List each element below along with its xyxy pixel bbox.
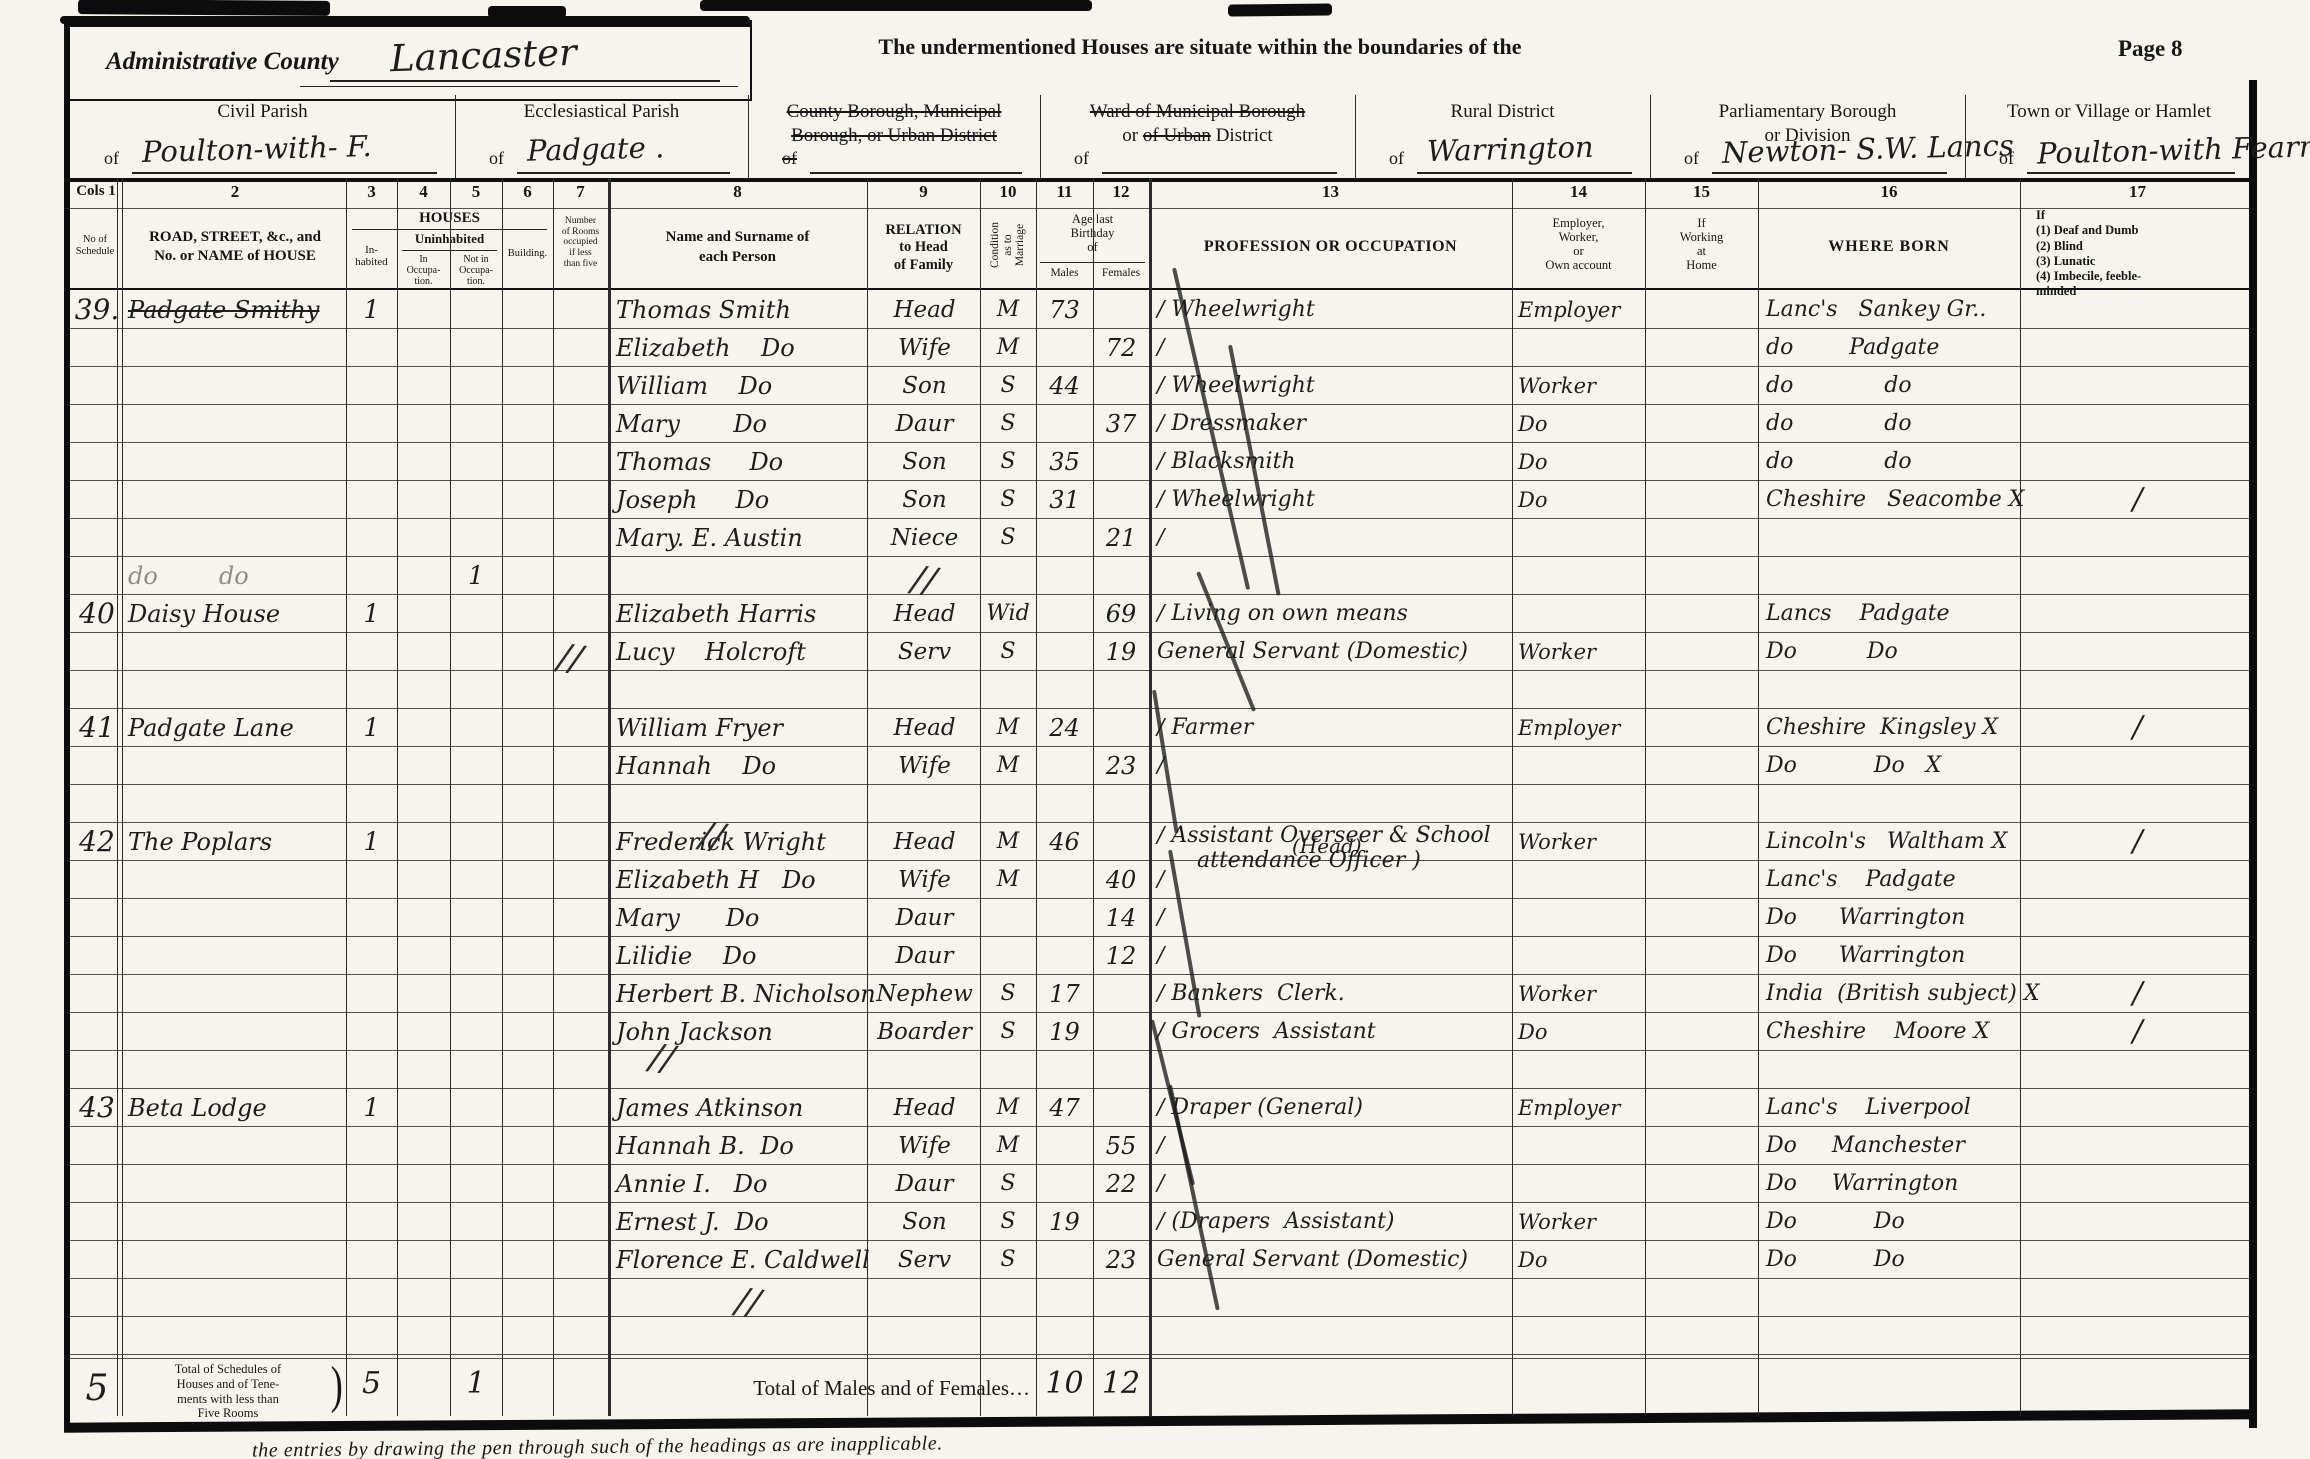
name-cell: William Do (616, 369, 867, 403)
cond-cell: S (980, 1243, 1036, 1277)
colhead-rooms: Number of Rooms occupied if less than fi… (553, 216, 608, 269)
rel-cell: Head (869, 597, 980, 631)
page-number: Page 8 (2118, 36, 2183, 62)
agef-cell: 22 (1093, 1167, 1149, 1201)
district-title-segment: Parliamentary Borough (1719, 101, 1897, 122)
colhead-num-8: 8 (608, 182, 867, 202)
cond-cell: M (980, 1129, 1036, 1163)
emp-cell: Employer (1518, 293, 1645, 327)
column-rule (122, 178, 123, 1416)
sched-cell: 43 (72, 1091, 122, 1125)
admin-county-underline2 (300, 86, 738, 87)
district-title: Rural District (1355, 100, 1650, 124)
cond-cell: M (980, 1091, 1036, 1125)
colhead-relation: RELATION to Head of Family (867, 222, 980, 274)
district-value: Warrington (1427, 130, 1594, 168)
colhead-num-11: 11 (1036, 182, 1093, 202)
occ-cell: ∕ (1157, 331, 1512, 365)
cond-cell: S (980, 369, 1036, 403)
colhead-num-13: 13 (1149, 182, 1512, 202)
emp-cell: Employer (1518, 711, 1645, 745)
born-cell: do do (1766, 445, 2066, 479)
born-cell: do do (1766, 369, 2066, 403)
agem-cell: 24 (1036, 711, 1093, 745)
agef-cell: 12 (1093, 939, 1149, 973)
totals-brace: ) (331, 1356, 343, 1415)
agef-cell: 21 (1093, 521, 1149, 555)
occ-cell: ∕ Bankers Clerk. (1157, 977, 1512, 1011)
district-title-segment: Civil Parish (217, 101, 307, 122)
district-value: Padgate . (527, 130, 665, 168)
district-of-label: of (489, 148, 504, 169)
cond-cell: Wid (980, 597, 1036, 631)
inh-cell: 1 (346, 1091, 397, 1125)
agem-cell: 47 (1036, 1091, 1093, 1125)
cond-cell: S (980, 445, 1036, 479)
totals-males: 10 (1036, 1366, 1093, 1401)
sched-cell: 42 (72, 825, 122, 859)
name-cell: Thomas Do (616, 445, 867, 479)
district-divider (1965, 95, 1966, 178)
colhead-num-17: 17 (2020, 182, 2255, 202)
cond-cell: M (980, 863, 1036, 897)
census-scan-page: Administrative County Lancaster The unde… (0, 0, 2310, 1459)
column-rule (397, 178, 398, 1416)
table-right-border (2249, 80, 2257, 1428)
inf-cell: ∕ (2020, 1015, 2255, 1049)
colhead-infirmity: If (1) Deaf and Dumb (2) Blind (3) Lunat… (2036, 208, 2248, 300)
cond-cell: S (980, 1167, 1036, 1201)
scan-artifact (78, 0, 330, 16)
occ-cell: ∕ (1157, 521, 1512, 555)
name-cell: William Fryer (616, 711, 867, 745)
rel-cell: Head (869, 293, 980, 327)
cond-cell: S (980, 635, 1036, 669)
colhead-num-7: 7 (553, 182, 608, 202)
cond-cell: S (980, 977, 1036, 1011)
road-cell: The Poplars (128, 825, 344, 859)
colhead-schedule: No of Schedule (66, 234, 124, 258)
district-divider (455, 95, 456, 178)
rel-cell: Daur (869, 901, 980, 935)
born-cell: Do Do (1766, 635, 2066, 669)
colhead-name: Name and Surname of each Person (608, 228, 867, 267)
name-cell: Florence E. Caldwell (616, 1243, 867, 1277)
road-cell: Padgate Lane (128, 711, 344, 745)
district-title-segment: of Urban (1143, 125, 1211, 146)
rel-cell: Daur (869, 1167, 980, 1201)
inf-cell: ∕ (2020, 483, 2255, 517)
colhead-num-4: 4 (397, 182, 450, 202)
colhead-profession: PROFESSION OR OCCUPATION (1149, 238, 1512, 256)
name-cell: Herbert B. Nicholson (616, 977, 867, 1011)
district-of-label: of (1999, 148, 2014, 169)
colhead-males: Males (1036, 267, 1093, 280)
emp-cell: Do (1518, 1243, 1645, 1277)
colhead-females: Females (1093, 267, 1149, 280)
rel-cell: Wife (869, 1129, 980, 1163)
born-cell: Do Warrington (1766, 1167, 2066, 1201)
emp-cell: Employer (1518, 1091, 1645, 1125)
totals-males-females-label: Total of Males and of Females… (560, 1376, 1030, 1401)
district-divider (1355, 95, 1356, 178)
totals-inhabited: 5 (346, 1366, 397, 1401)
column-rule (867, 178, 868, 1416)
district-title-segment: Town or Village or Hamlet (2007, 101, 2211, 122)
agem-cell: 17 (1036, 977, 1093, 1011)
cond-cell: S (980, 1015, 1036, 1049)
emp-cell: Do (1518, 483, 1645, 517)
scan-artifact (1228, 3, 1332, 16)
unn-cell: 1 (450, 559, 502, 593)
occ-cell: ∕ (1157, 1167, 1512, 1201)
name-cell: Mary Do (616, 407, 867, 441)
rel-cell: Daur (869, 939, 980, 973)
district-divider (748, 95, 749, 178)
occ-cell: ∕ (1157, 939, 1512, 973)
agem-cell: 44 (1036, 369, 1093, 403)
inh-cell: 1 (346, 711, 397, 745)
rel-cell: Serv (869, 1243, 980, 1277)
colhead-num-10: 10 (980, 182, 1036, 202)
agef-cell: 72 (1093, 331, 1149, 365)
name-cell: Frederick Wright (616, 825, 867, 859)
district-value: Poulton-with Fearnhead (2037, 127, 2310, 170)
table-bottom-border (64, 1409, 2256, 1432)
column-rule-double (117, 178, 118, 1416)
inh-cell: 1 (346, 293, 397, 327)
colhead-not-in-occupation: Not in Occupa- tion. (450, 254, 502, 288)
occ-cell: ∕ (1157, 1129, 1512, 1163)
sched-cell: 40 (72, 597, 122, 631)
agef-cell: 40 (1093, 863, 1149, 897)
colhead-num-6: 6 (502, 182, 553, 202)
born-cell: do Padgate (1766, 331, 2066, 365)
cond-cell: M (980, 711, 1036, 745)
column-rule (553, 178, 554, 1416)
scan-artifact (700, 0, 1092, 11)
column-rule (1758, 178, 1759, 1416)
colhead-employer: Employer, Worker, or Own account (1512, 216, 1645, 272)
colhead-inhabited: In- habited (346, 244, 397, 269)
rel-cell: Serv (869, 635, 980, 669)
totals-not-in-occupation: 1 (450, 1366, 502, 1401)
column-rule (608, 178, 611, 1416)
born-cell: Lanc's Liverpool (1766, 1091, 2066, 1125)
name-cell: Ernest J. Do (616, 1205, 867, 1239)
rel-cell: Son (869, 1205, 980, 1239)
district-underline (810, 172, 1022, 174)
occ-cell: ∕ Wheelwright (1157, 483, 1512, 517)
column-rule (450, 178, 451, 1416)
rel-cell: Daur (869, 407, 980, 441)
district-of-label: of (1389, 148, 1404, 169)
rel-cell: Son (869, 445, 980, 479)
emp-cell: Worker (1518, 825, 1645, 859)
admin-county-value: Lancaster (389, 31, 577, 80)
rel-cell: Niece (869, 521, 980, 555)
district-title: Town or Village or Hamlet (1965, 100, 2253, 124)
colhead-num-9: 9 (867, 182, 980, 202)
born-cell: do do (1766, 407, 2066, 441)
admin-county-underline (330, 80, 720, 82)
colhead-road: ROAD, STREET, &c., and No. or NAME of HO… (126, 228, 344, 266)
totals-top-rule (64, 1358, 2250, 1359)
sched-cell: 39. (72, 293, 122, 327)
cond-cell: S (980, 521, 1036, 555)
district-title-segment: District (1211, 125, 1273, 146)
district-underline (1712, 172, 1947, 174)
district-of-label: of (104, 148, 119, 169)
emp-cell: Worker (1518, 1205, 1645, 1239)
name-cell: Lilidie Do (616, 939, 867, 973)
district-divider (1650, 95, 1651, 178)
colhead-num-5: 5 (450, 182, 502, 202)
cond-cell: S (980, 1205, 1036, 1239)
name-cell: Elizabeth H Do (616, 863, 867, 897)
admin-county-label: Administrative County (106, 48, 339, 76)
colhead-num-2: 2 (126, 182, 344, 202)
district-title-segment: or (1122, 125, 1143, 146)
agef-cell: 69 (1093, 597, 1149, 631)
name-cell: Mary Do (616, 901, 867, 935)
occ-cell: ∕ (Drapers Assistant) (1157, 1205, 1512, 1239)
header-top-rule (64, 178, 2255, 182)
agem-cell: 73 (1036, 293, 1093, 327)
name-cell: Hannah Do (616, 749, 867, 783)
inf-cell: ∕ (2020, 825, 2255, 859)
agef-cell: 55 (1093, 1129, 1149, 1163)
rel-cell: Boarder (869, 1015, 980, 1049)
sched-cell: 41 (72, 711, 122, 745)
header-bottom-rule (64, 288, 2250, 290)
rel-cell: Head (869, 711, 980, 745)
emp-cell: Do (1518, 1015, 1645, 1049)
born-cell: Do Do (1766, 1205, 2066, 1239)
agef-cell: 14 (1093, 901, 1149, 935)
cond-cell: M (980, 825, 1036, 859)
district-title: County Borough, MunicipalBorough, or Urb… (748, 100, 1040, 148)
colhead-num-12: 12 (1093, 182, 1149, 202)
occ-cell: ∕ (1157, 863, 1512, 897)
colhead-num-3: 3 (346, 182, 397, 202)
district-of-label: of (1074, 148, 1089, 169)
column-rule (1645, 178, 1646, 1416)
district-title-segment: Ecclesiastical Parish (524, 101, 680, 122)
occ-cell: ∕ Blacksmith (1157, 445, 1512, 479)
emp-cell: Do (1518, 445, 1645, 479)
agem-cell: 46 (1036, 825, 1093, 859)
district-title-segment: County Borough, Municipal (787, 101, 1002, 122)
pen-double-slash: ∕∕ (647, 1037, 677, 1081)
inf-cell: ∕ (2020, 977, 2255, 1011)
district-title-segment: Rural District (1451, 101, 1555, 122)
occ-cell: ∕ Grocers Assistant (1157, 1015, 1512, 1049)
born-cell: Lanc's Padgate (1766, 863, 2066, 897)
emp-cell: Worker (1518, 977, 1645, 1011)
rel-cell: Head (869, 1091, 980, 1125)
name-cell: Thomas Smith (616, 293, 867, 327)
inh-cell: 1 (346, 825, 397, 859)
born-cell: Do Manchester (1766, 1129, 2066, 1163)
cond-cell: S (980, 483, 1036, 517)
colhead-num-16: 16 (1758, 182, 2020, 202)
occ-cell: ∕ Wheelwright (1157, 293, 1512, 327)
column-rule (1512, 178, 1513, 1416)
pen-double-slash: ∕∕ (733, 1281, 763, 1325)
name-cell: Mary. E. Austin (616, 521, 867, 555)
road-cell: Beta Lodge (128, 1091, 344, 1125)
born-cell: Lancs Padgate (1766, 597, 2066, 631)
agem-cell: 19 (1036, 1015, 1093, 1049)
occ-cell: ∕ (1157, 901, 1512, 935)
inh-cell: 1 (346, 597, 397, 631)
agef-cell: 23 (1093, 1243, 1149, 1277)
district-underline (2027, 172, 2235, 174)
cond-cell: M (980, 749, 1036, 783)
district-title: Civil Parish (70, 100, 455, 124)
name-cell: Elizabeth Harris (616, 597, 867, 631)
footer-note: the entries by drawing the pen through s… (252, 1432, 943, 1459)
road-cell: Padgate Smithy (128, 293, 344, 327)
pen-annotation: (Head) (1292, 834, 1362, 858)
totals-females: 12 (1093, 1366, 1149, 1401)
rel-cell: Wife (869, 863, 980, 897)
pen-double-slash: ∕∕ (555, 637, 585, 681)
colhead-num-1: Cols 1 (68, 183, 124, 200)
totals-description: Total of Schedules of Houses and of Tene… (128, 1362, 328, 1421)
road-cell: Daisy House (128, 597, 344, 631)
emp-cell: Worker (1518, 369, 1645, 403)
name-cell: James Atkinson (616, 1091, 867, 1125)
cond-cell: M (980, 331, 1036, 365)
district-value: Newton- S.W. Lancs (1722, 128, 2015, 170)
table-left-border (64, 20, 70, 1428)
pen-double-slash: ∕∕ (909, 559, 939, 603)
colhead-num-14: 14 (1512, 182, 1645, 202)
district-title: Ecclesiastical Parish (455, 100, 748, 124)
district-title: Ward of Municipal Boroughor of Urban Dis… (1040, 100, 1355, 148)
agem-cell: 31 (1036, 483, 1093, 517)
colhead-num-15: 15 (1645, 182, 1758, 202)
born-cell: Do Warrington (1766, 939, 2066, 973)
born-cell: Lanc's Sankey Gr.. (1766, 293, 2066, 327)
column-rule (502, 178, 503, 1416)
occ-cell: General Servant (Domestic) (1157, 635, 1512, 669)
agem-cell: 19 (1036, 1205, 1093, 1239)
occ-cell: ∕ Draper (General) (1157, 1091, 1512, 1125)
name-cell: Elizabeth Do (616, 331, 867, 365)
district-underline (517, 172, 730, 174)
emp-cell: Do (1518, 407, 1645, 441)
district-of-label: of (1684, 148, 1699, 169)
agef-cell: 37 (1093, 407, 1149, 441)
rel-cell: Wife (869, 749, 980, 783)
district-title-segment: Ward of Municipal Borough (1090, 101, 1305, 122)
road-cell: do do (128, 559, 344, 593)
emp-cell: Worker (1518, 635, 1645, 669)
number-row-rule (64, 208, 2250, 209)
district-title-segment: Borough, or Urban District (791, 125, 997, 146)
name-cell: Joseph Do (616, 483, 867, 517)
inf-cell: ∕ (2020, 711, 2255, 745)
agef-cell: 19 (1093, 635, 1149, 669)
district-divider (1040, 95, 1041, 178)
rel-cell: Head (869, 825, 980, 859)
name-cell: Hannah B. Do (616, 1129, 867, 1163)
name-cell: Annie I. Do (616, 1167, 867, 1201)
occ-cell: ∕ (1157, 749, 1512, 783)
district-underline (132, 172, 437, 174)
column-rule (346, 178, 347, 1416)
colhead-where-born: WHERE BORN (1758, 238, 2020, 256)
agef-cell: 23 (1093, 749, 1149, 783)
born-cell: Do Warrington (1766, 901, 2066, 935)
district-value: Poulton-with- F. (142, 129, 372, 169)
district-of-label: of (782, 148, 797, 169)
district-underline (1102, 172, 1337, 174)
colhead-condition: Condition as to Marriage (971, 200, 1045, 290)
name-cell: Lucy Holcroft (616, 635, 867, 669)
rel-cell: Nephew (869, 977, 980, 1011)
born-cell: Do Do (1766, 1243, 2066, 1277)
boundary-note: The undermentioned Houses are situate wi… (790, 34, 1610, 60)
district-underline (1417, 172, 1632, 174)
colhead-in-occupation: In Occupa- tion. (397, 254, 450, 288)
colhead-building: Building. (502, 248, 553, 260)
colhead-working-home: If Working at Home (1645, 216, 1758, 272)
cond-cell: S (980, 407, 1036, 441)
rel-cell: Son (869, 483, 980, 517)
rel-cell: Wife (869, 331, 980, 365)
occ-cell: ∕ Farmer (1157, 711, 1512, 745)
column-rule (1149, 178, 1152, 1416)
agem-cell: 35 (1036, 445, 1093, 479)
occ-cell: ∕ Wheelwright (1157, 369, 1512, 403)
rel-cell: Son (869, 369, 980, 403)
cond-cell: M (980, 293, 1036, 327)
totals-schedule: 5 (72, 1368, 122, 1409)
born-cell: Do Do X (1766, 749, 2066, 783)
